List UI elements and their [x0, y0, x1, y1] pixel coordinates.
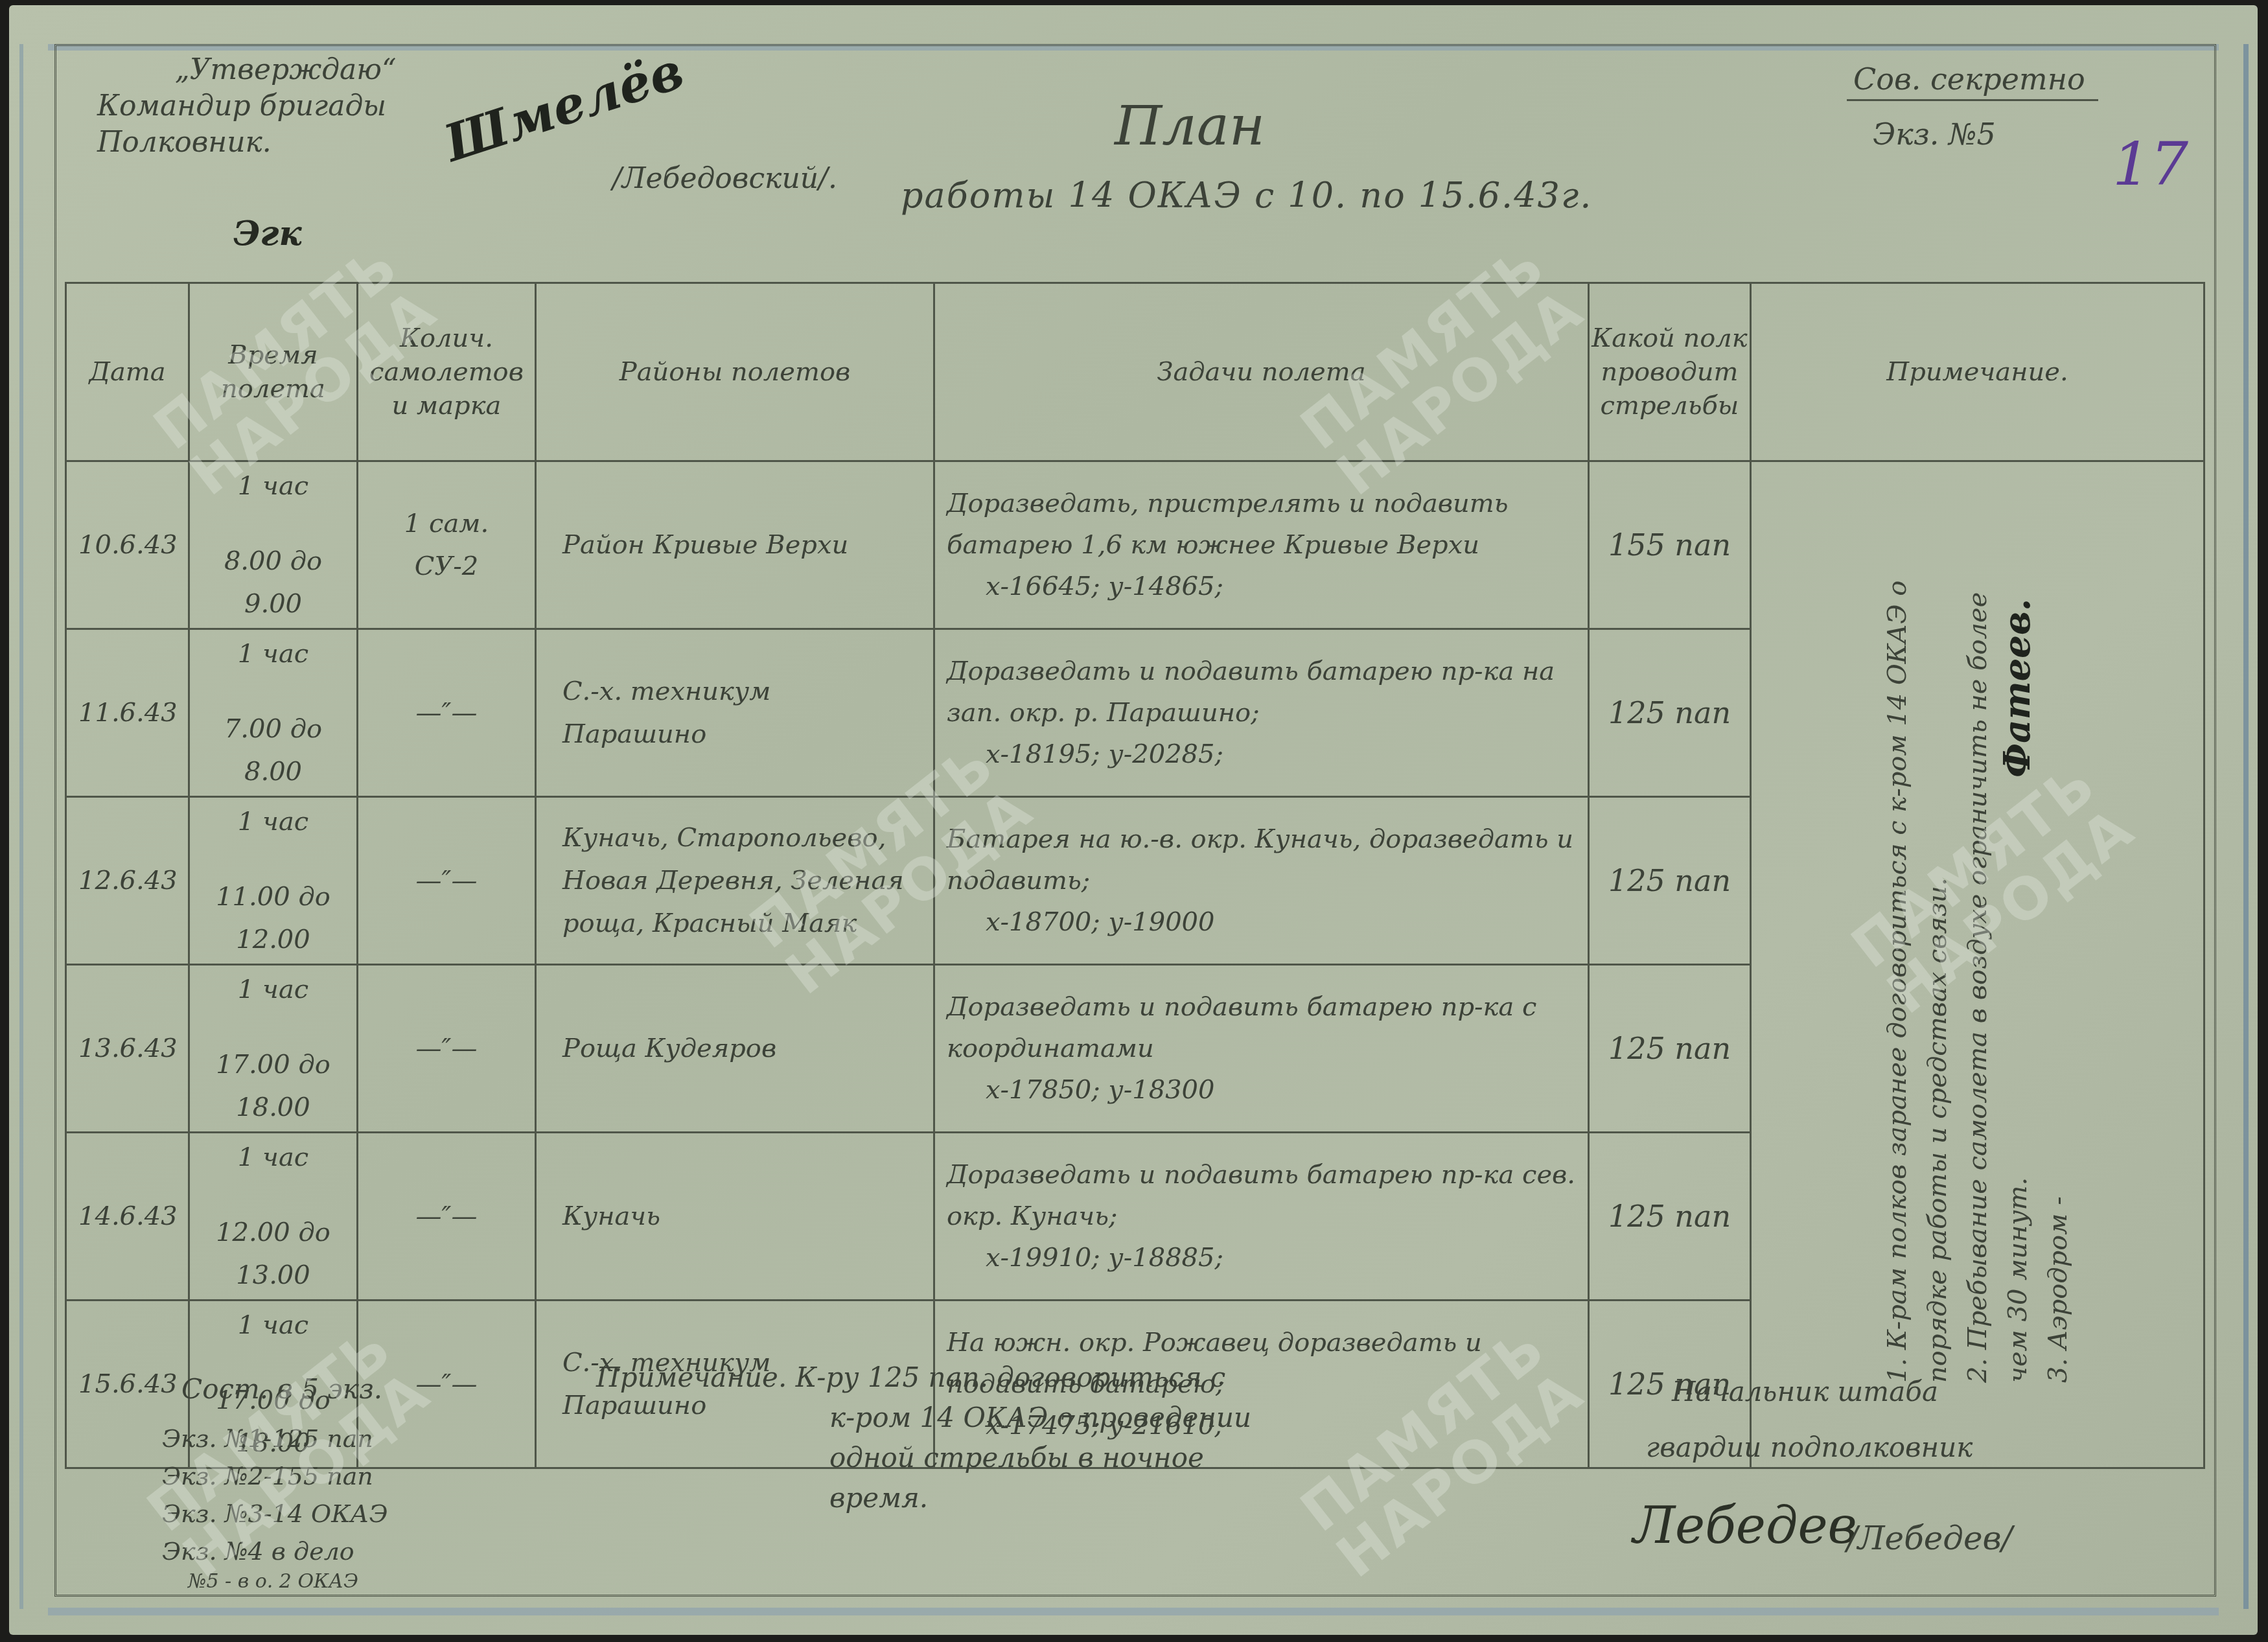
paper-edge-right: [2243, 44, 2249, 1609]
copy-number: Экз. №5: [1873, 117, 1996, 152]
flight-window: 7.00 до 8.00: [224, 714, 322, 787]
cell-aircraft: —″—: [358, 965, 536, 1133]
cell-flight-time: 1 час7.00 до 8.00: [189, 629, 358, 797]
cell-task: Батарея на ю.-в. окр. Куначь, доразведат…: [934, 797, 1589, 965]
approver-position: Командир бригады: [97, 88, 397, 124]
cell-aircraft: —″—: [358, 1133, 536, 1301]
secrecy-label: Сов. секретно: [1847, 62, 2098, 101]
task-coordinates: х-19910; у-18885;: [947, 1237, 1576, 1278]
cell-date: 10.6.43: [66, 461, 189, 629]
cell-flight-time: 1 час17.00 до 18.00: [189, 965, 358, 1133]
task-text: Доразведать и подавить батарею пр-ка сев…: [947, 1160, 1575, 1231]
table-header-row: Дата Время полета Колич. самолетов и мар…: [66, 283, 2204, 461]
cell-area: Роща Кудеяров: [536, 965, 934, 1133]
approval-block: „Утверждаю“ Командир бригады Полковник.: [97, 52, 397, 161]
document-title: План: [1115, 94, 1265, 157]
cell-flight-time: 1 час12.00 до 13.00: [189, 1133, 358, 1301]
chief-signature: Лебедев: [1633, 1497, 1857, 1555]
task-coordinates: х-16645; у-14865;: [947, 566, 1576, 607]
copy-item: Экз. №1-125 пап: [162, 1420, 388, 1457]
cell-flight-time: 1 час8.00 до 9.00: [189, 461, 358, 629]
cell-area: С.-х. техникум Парашино: [536, 629, 934, 797]
footer-note-line: одной стрельбы в ночное: [596, 1438, 1516, 1478]
footer-note-line: время.: [596, 1478, 1516, 1518]
flight-duration: 1 час: [202, 632, 345, 675]
flight-duration: 1 час: [202, 1136, 345, 1179]
table-row: 10.6.431 час8.00 до 9.001 сам. СУ-2Район…: [66, 461, 2204, 629]
col-aircraft: Колич. самолетов и марка: [358, 283, 536, 461]
notes-text: 1. К-рам полков заранее договориться с к…: [1877, 547, 2078, 1383]
flight-window: 12.00 до 13.00: [216, 1218, 330, 1290]
flight-window: 17.00 до 18.00: [216, 1050, 330, 1122]
col-task: Задачи полета: [934, 283, 1589, 461]
cell-regiment: 125 пап: [1589, 629, 1751, 797]
copy-item: Экз. №2-155 пап: [162, 1457, 388, 1495]
document-subtitle: работы 14 ОКАЭ с 10. по 15.6.43г.: [901, 175, 1592, 216]
cell-task: Доразведать и подавить батарею пр-ка на …: [934, 629, 1589, 797]
task-coordinates: х-17850; у-18300: [947, 1069, 1576, 1111]
cell-task: Доразведать, пристрелять и подавить бата…: [934, 461, 1589, 629]
note-item: 1. К-рам полков заранее договориться с к…: [1877, 547, 1958, 1383]
note-item: 3. Аэродром -: [2038, 547, 2078, 1383]
cell-aircraft: 1 сам. СУ-2: [358, 461, 536, 629]
copies-list: Сост. в 5 экз. Экз. №1-125 пап Экз. №2-1…: [162, 1370, 388, 1593]
copies-title: Сост. в 5 экз.: [162, 1370, 388, 1408]
task-text: Доразведать, пристрелять и подавить бата…: [947, 489, 1509, 560]
cell-task: Доразведать и подавить батарею пр-ка сев…: [934, 1133, 1589, 1301]
cell-area: Куначь, Старопольево, Новая Деревня, Зел…: [536, 797, 934, 965]
footer-note-line: к-ром 14 ОКАЭ о проведении: [596, 1398, 1516, 1438]
chief-rank: гвардии подполковник: [1646, 1420, 1973, 1475]
notes-signature: Фатеев.: [1996, 599, 2039, 778]
chief-position: Начальник штаба: [1646, 1364, 1973, 1420]
col-date: Дата: [66, 283, 189, 461]
cell-area: Куначь: [536, 1133, 934, 1301]
task-text: Доразведать и подавить батарею пр-ка на …: [947, 656, 1555, 728]
chief-of-staff-block: Начальник штаба гвардии подполковник: [1646, 1364, 1973, 1475]
flight-window: 8.00 до 9.00: [224, 546, 322, 619]
flight-plan-table: Дата Время полета Колич. самолетов и мар…: [65, 282, 2205, 1469]
cell-task: Доразведать и подавить батарею пр-ка с к…: [934, 965, 1589, 1133]
footer-note-line: Примечание. К-ру 125 пап. договориться с: [596, 1361, 1225, 1393]
cell-regiment: 125 пап: [1589, 1133, 1751, 1301]
resolution-mark: Эгк: [233, 214, 302, 253]
task-text: Доразведать и подавить батарею пр-ка с к…: [947, 992, 1536, 1063]
col-regiment: Какой полк проводит стрельбы: [1589, 283, 1751, 461]
flight-duration: 1 час: [202, 968, 345, 1011]
paper-edge-left: [19, 44, 23, 1609]
cell-flight-time: 1 час11.00 до 12.00: [189, 797, 358, 965]
cell-date: 12.6.43: [66, 797, 189, 965]
col-flight-time: Время полета: [189, 283, 358, 461]
paper-edge-bottom: [48, 1608, 2219, 1615]
cell-date: 11.6.43: [66, 629, 189, 797]
footer-note: Примечание. К-ру 125 пап. договориться с…: [596, 1358, 1516, 1518]
page-number: 17: [2112, 130, 2188, 199]
copy-item: Экз. №3-14 ОКАЭ: [162, 1495, 388, 1532]
cell-date: 13.6.43: [66, 965, 189, 1133]
task-coordinates: х-18700; у-19000: [947, 901, 1576, 943]
flight-duration: 1 час: [202, 800, 345, 843]
cell-regiment: 155 пап: [1589, 461, 1751, 629]
approver-name: /Лебедовский/.: [612, 162, 837, 195]
approved-label: „Утверждаю“: [97, 52, 397, 88]
copy-item: Экз. №4 в дело: [162, 1532, 388, 1570]
approver-rank: Полковник.: [97, 124, 397, 161]
flight-duration: 1 час: [202, 465, 345, 507]
cell-aircraft: —″—: [358, 629, 536, 797]
flight-duration: 1 час: [202, 1304, 345, 1347]
cell-area: Район Кривые Верхи: [536, 461, 934, 629]
copy-item: №5 - в о. 2 ОКАЭ: [162, 1570, 388, 1593]
col-area: Районы полетов: [536, 283, 934, 461]
chief-name: /Лебедев/: [1847, 1520, 2013, 1557]
cell-aircraft: —″—: [358, 797, 536, 965]
cell-notes: 1. К-рам полков заранее договориться с к…: [1751, 461, 2204, 1468]
cell-date: 14.6.43: [66, 1133, 189, 1301]
task-coordinates: х-18195; у-20285;: [947, 734, 1576, 775]
cell-regiment: 125 пап: [1589, 965, 1751, 1133]
col-notes: Примечание.: [1751, 283, 2204, 461]
flight-window: 11.00 до 12.00: [216, 882, 330, 954]
cell-regiment: 125 пап: [1589, 797, 1751, 965]
task-text: Батарея на ю.-в. окр. Куначь, доразведат…: [947, 824, 1573, 896]
